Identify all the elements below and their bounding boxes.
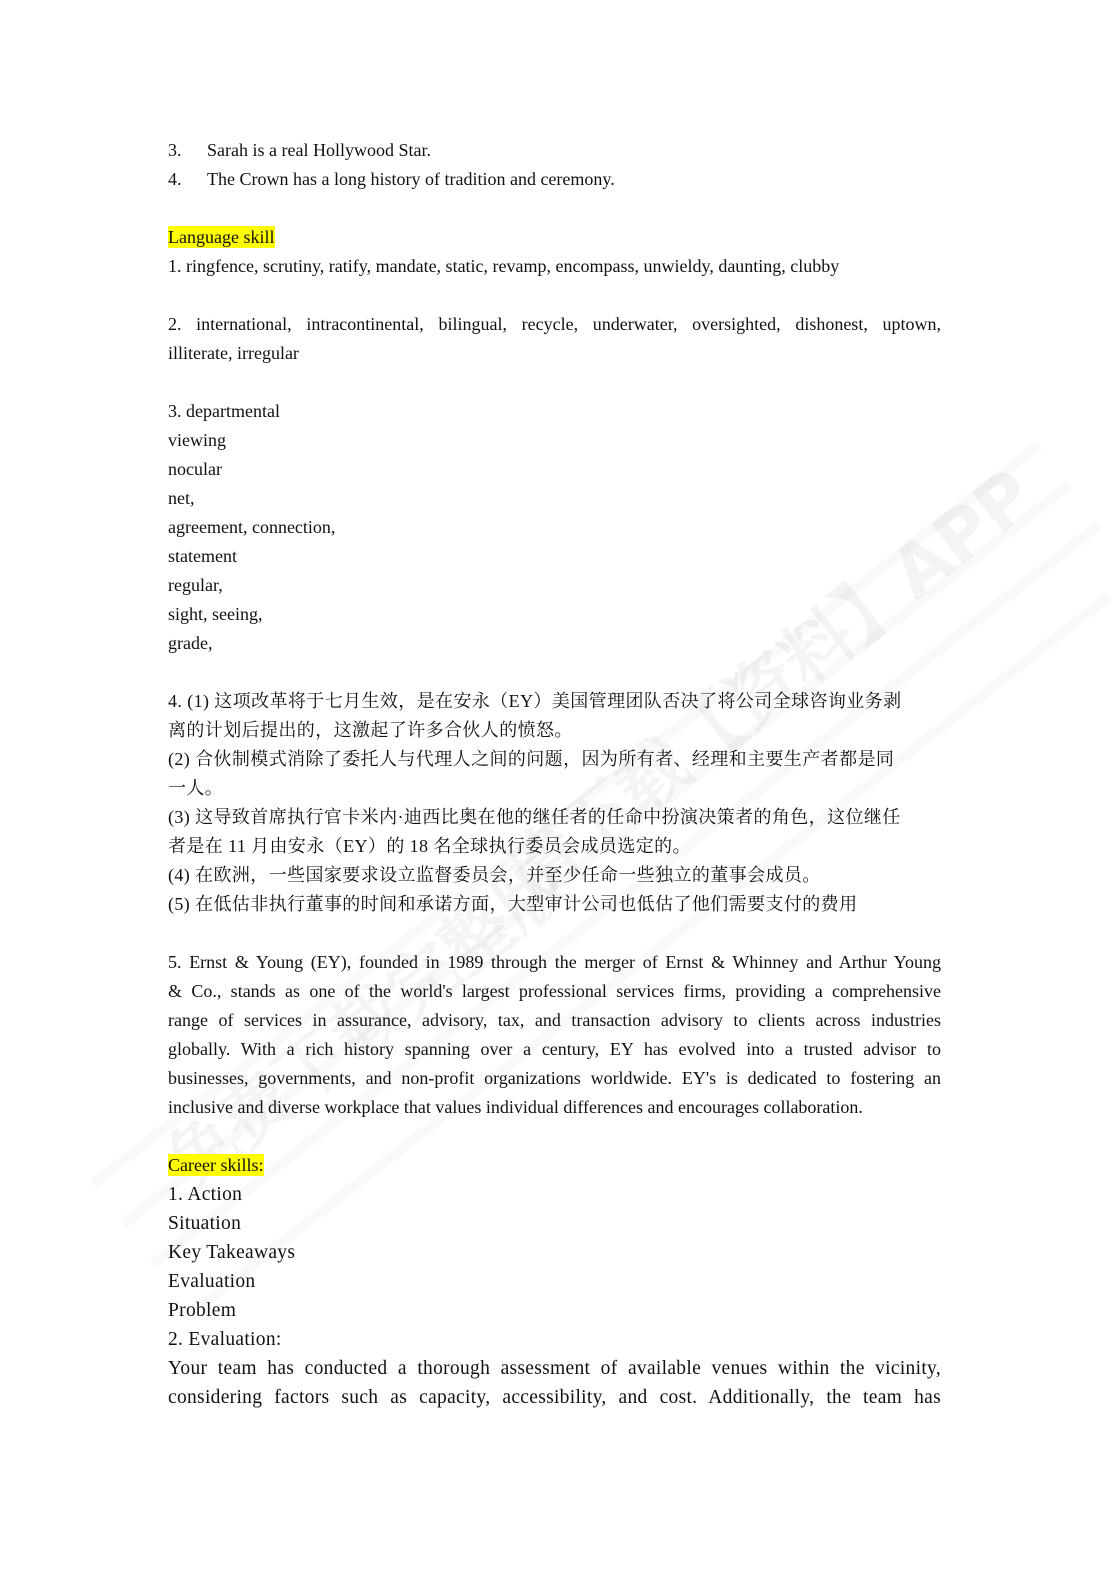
career-skills-item-2-line: considering factors such as capacity, ac… [168,1383,941,1412]
language-skill-item-1: 1. ringfence, scrutiny, ratify, mandate,… [168,252,941,281]
career-skills-item-2-line: Your team has conducted a thorough asses… [168,1354,941,1383]
career-skills-item-1-line: Key Takeaways [168,1238,941,1267]
ey-paragraph-line: inclusive and diverse workplace that val… [168,1093,941,1122]
ey-paragraph-line: 5. Ernst & Young (EY), founded in 1989 t… [168,948,941,977]
language-skill-item-3-line: grade, [168,629,941,658]
language-skill-item-3-line: statement [168,542,941,571]
translation-line: (4) 在欧洲，一些国家要求设立监督委员会，并至少任命一些独立的董事会成员。 [168,861,941,890]
career-skills-item-1-line: 1. Action [168,1180,941,1209]
ey-paragraph-line: range of services in assurance, advisory… [168,1006,941,1035]
language-skill-item-3-line: agreement, connection, [168,513,941,542]
language-skill-item-2-line-1: 2. international, intracontinental, bili… [168,310,941,339]
ey-paragraph-line: & Co., stands as one of the world's larg… [168,977,941,1006]
career-skills-item-1-line: Evaluation [168,1267,941,1296]
translation-line: 离的计划后提出的，这激起了许多合伙人的愤怒。 [168,716,941,745]
translation-line: 一人。 [168,774,941,803]
translation-line: 者是在 11 月由安永（EY）的 18 名全球执行委员会成员选定的。 [168,832,941,861]
language-skill-item-3-line: sight, seeing, [168,600,941,629]
list-text: Sarah is a real Hollywood Star. [207,136,431,165]
translation-line: (2) 合伙制模式消除了委托人与代理人之间的问题，因为所有者、经理和主要生产者都… [168,745,941,774]
ey-paragraph-line: globally. With a rich history spanning o… [168,1035,941,1064]
language-skill-heading-line: Language skill [168,223,941,252]
language-skill-heading: Language skill [168,226,275,248]
language-skill-item-3-line: nocular [168,455,941,484]
career-skills-heading-line: Career skills: [168,1151,941,1180]
list-number: 4. [168,165,207,194]
list-item: 3. Sarah is a real Hollywood Star. [168,136,941,165]
document-page: 3. Sarah is a real Hollywood Star. 4. Th… [168,136,941,1412]
translation-line: 4. (1) 这项改革将于七月生效，是在安永（EY）美国管理团队否决了将公司全球… [168,687,941,716]
language-skill-item-3-line: viewing [168,426,941,455]
language-skill-item-3-line: 3. departmental [168,397,941,426]
translation-line: (3) 这导致首席执行官卡米内·迪西比奥在他的继任者的任命中扮演决策者的角色，这… [168,803,941,832]
career-skills-item-2-heading: 2. Evaluation: [168,1325,941,1354]
language-skill-item-2-line-2: illiterate, irregular [168,339,941,368]
career-skills-heading: Career skills: [168,1154,264,1176]
list-item: 4. The Crown has a long history of tradi… [168,165,941,194]
list-number: 3. [168,136,207,165]
translation-line: (5) 在低估非执行董事的时间和承诺方面，大型审计公司也低估了他们需要支付的费用 [168,890,941,919]
ey-paragraph-line: businesses, governments, and non-profit … [168,1064,941,1093]
language-skill-item-3-line: net, [168,484,941,513]
language-skill-item-3-line: regular, [168,571,941,600]
career-skills-item-1-line: Situation [168,1209,941,1238]
career-skills-item-1-line: Problem [168,1296,941,1325]
list-text: The Crown has a long history of traditio… [207,165,615,194]
